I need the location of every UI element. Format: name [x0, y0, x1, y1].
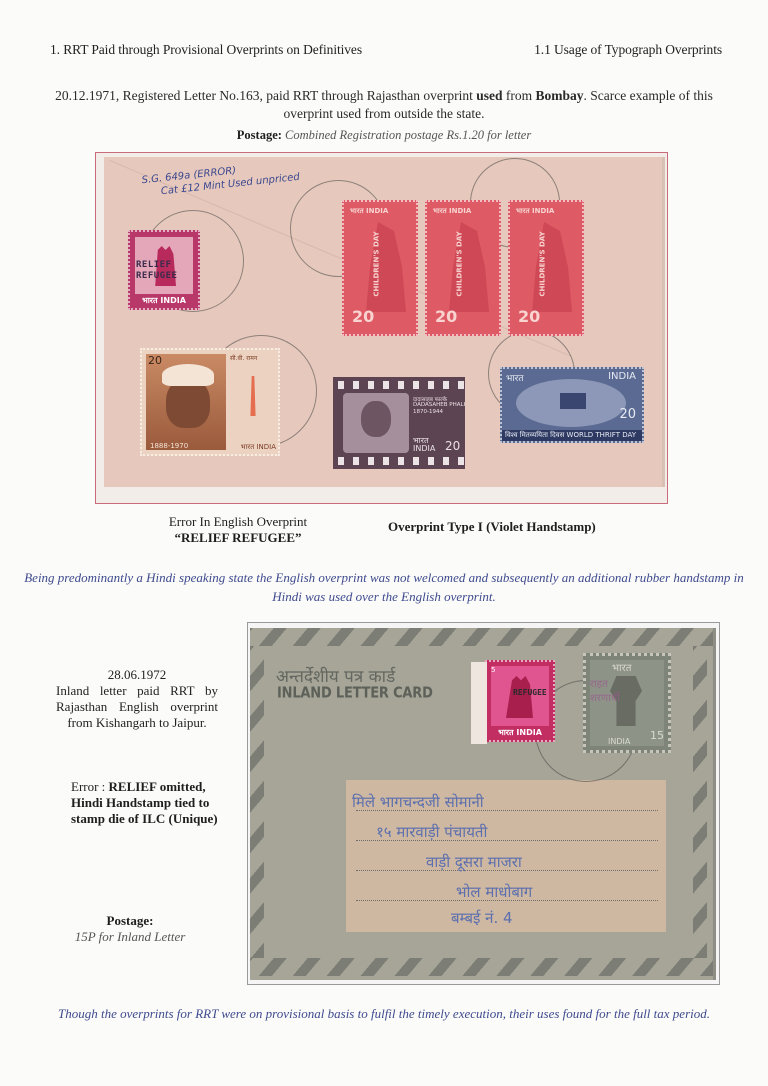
cover1-description: 20.12.1971, Registered Letter No.163, pa…: [40, 87, 728, 123]
hindi-violet-handstamp: राहतशरणार्थी: [590, 678, 620, 706]
stamp-country: भारत INDIA: [241, 443, 276, 452]
stamp-country: INDIA: [608, 737, 630, 746]
stamp-country: भारत INDIA: [433, 207, 471, 215]
stamp-country: INDIA: [413, 444, 435, 453]
stamp-value: 20: [352, 307, 374, 326]
portrait-image: [343, 393, 409, 453]
film-strip-holes: [333, 457, 465, 465]
film-strip-holes: [333, 381, 465, 389]
address-line: वाड़ी दूसरा माजरा: [426, 852, 522, 872]
childrens-day-stamp: भारत INDIA CHILDREN'S DAY 20: [425, 200, 501, 336]
stamp-title: CHILDREN'S DAY: [539, 231, 547, 296]
overprint-text: REFUGEE: [513, 688, 547, 697]
stamp-country: INDIA: [608, 371, 636, 382]
stamp-country: भारत INDIA: [130, 295, 198, 306]
phalke-film-stamp: दादासाहब फाल्के DADASAHEB PHALKE 1870-19…: [333, 377, 465, 469]
cover2-description: 28.06.1972 Inland letter paid RRT by Raj…: [56, 667, 218, 731]
address-line: बम्बई नं. 4: [451, 908, 513, 928]
page-section-title: 1. RRT Paid through Provisional Overprin…: [50, 42, 362, 58]
cover1-postage: Postage: Combined Registration postage R…: [0, 128, 768, 143]
stamp-years: 1888-1970: [150, 442, 188, 450]
stamp-name: DADASAHEB PHALKE: [413, 402, 465, 408]
error-caption: Error In English Overprint “RELIEF REFUG…: [138, 514, 338, 546]
relief-refugee-overprint-stamp: RELIEF REFUGEE भारत INDIA: [128, 230, 200, 310]
address-line: १५ मारवाड़ी पंचायती: [376, 822, 487, 842]
spectrum-icon: [240, 376, 266, 416]
childrens-day-stamp: भारत INDIA CHILDREN'S DAY 20: [342, 200, 418, 336]
stamp-value: 15: [650, 729, 664, 742]
stamp-band-text: विश्व मितव्ययिता दिवस WORLD THRIFT DAY: [502, 430, 642, 441]
stamp-country: भारत INDIA: [516, 207, 554, 215]
stamp-years: 1870-1944: [413, 409, 443, 415]
stamp-value: 20: [435, 307, 457, 326]
overprint-text: RELIEF: [136, 260, 172, 270]
stamp-bharat: भारत: [506, 371, 523, 384]
cover2-postage: Postage: 15P for Inland Letter: [40, 913, 220, 945]
card-title-english: INLAND LETTER CARD: [277, 685, 433, 702]
overprint-type-caption: Overprint Type I (Violet Handstamp): [388, 519, 596, 535]
stamp-country: भारत INDIA: [487, 727, 553, 738]
stamp-value: 20: [445, 439, 460, 453]
stamp-title: CHILDREN'S DAY: [456, 231, 464, 296]
address-line: भोल माधोबाग: [456, 882, 532, 902]
stamp-value: 20: [518, 307, 540, 326]
world-thrift-day-stamp: भारत INDIA 20 विश्व मितव्ययिता दिवस WORL…: [500, 367, 644, 443]
card-title-hindi: अन्तर्देशीय पत्र कार्ड: [276, 664, 395, 687]
stamp-value: 5: [491, 666, 495, 674]
refugee-overprint-stamp: 5 REFUGEE भारत INDIA: [485, 660, 555, 742]
address-line: मिले भागचन्दजी सोमानी: [352, 792, 484, 812]
stamp-title: CHILDREN'S DAY: [373, 231, 381, 296]
cover2-error-note: Error : RELIEF omitted, Hindi Handstamp …: [71, 779, 231, 827]
stamp-bharat: भारत: [612, 660, 631, 674]
cover1-note: Being predominantly a Hindi speaking sta…: [20, 568, 748, 606]
money-box-icon: [560, 393, 586, 409]
stamp-hindi-name: सी.वी. रामन: [230, 354, 257, 362]
overprint-text: REFUGEE: [136, 271, 177, 281]
cover2-note: Though the overprints for RRT were on pr…: [20, 1004, 748, 1023]
stamp-country: भारत INDIA: [350, 207, 388, 215]
page-subsection-title: 1.1 Usage of Typograph Overprints: [534, 42, 722, 58]
stamp-value: 20: [619, 407, 636, 422]
address-panel: मिले भागचन्दजी सोमानी १५ मारवाड़ी पंचायत…: [346, 780, 666, 932]
sheet-margin: [471, 662, 487, 744]
cv-raman-stamp: 20 1888-1970 सी.वी. रामन भारत INDIA: [140, 348, 280, 456]
stamp-value: 20: [148, 354, 162, 367]
childrens-day-stamp: भारत INDIA CHILDREN'S DAY 20: [508, 200, 584, 336]
portrait-image: [146, 354, 226, 450]
